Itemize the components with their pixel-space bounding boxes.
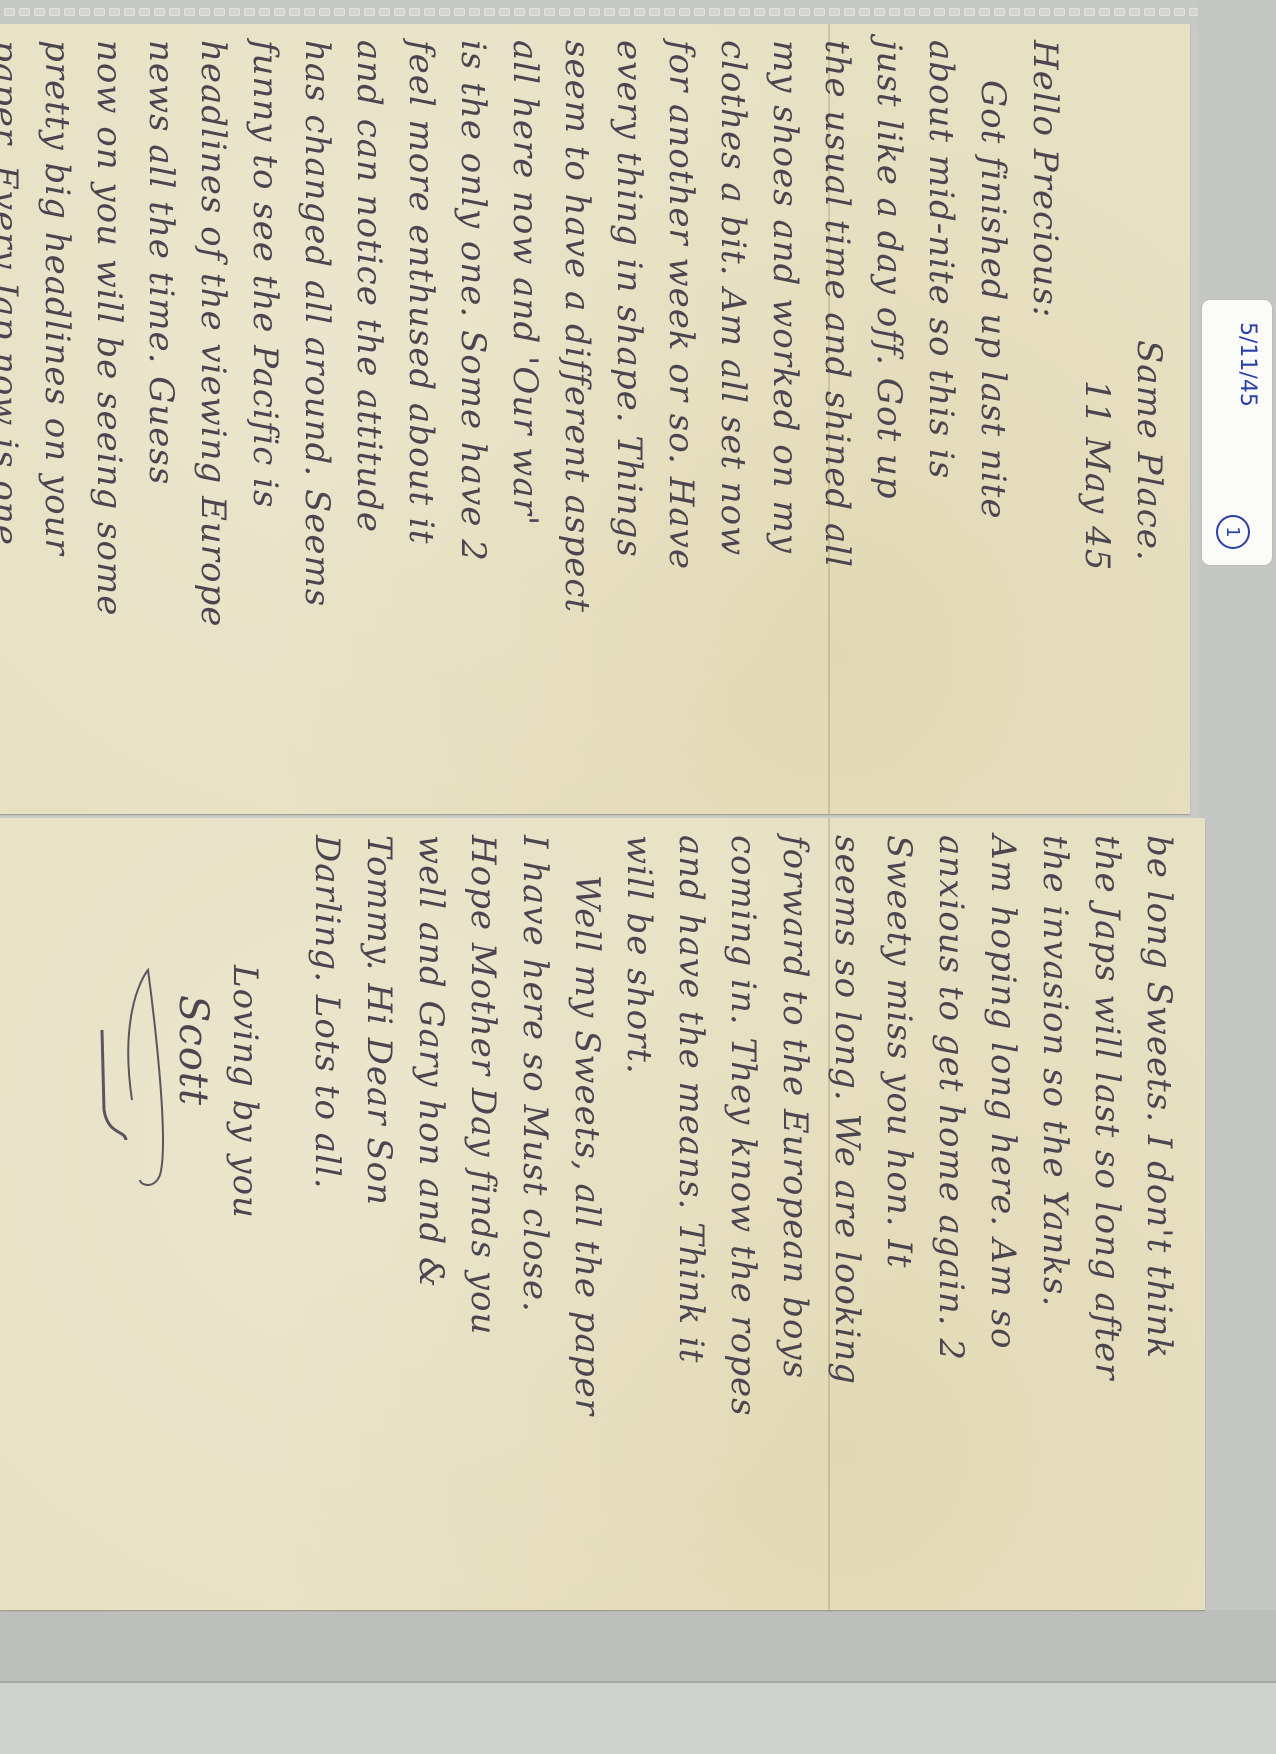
perforation-hole xyxy=(1069,8,1080,16)
letter-line: pretty big headlines on your xyxy=(31,40,83,627)
letter-line: forward to the European boys xyxy=(769,835,821,1417)
perforation-hole xyxy=(94,8,105,16)
letter-line: anxious to get home again. 2 xyxy=(925,835,977,1417)
perforation-hole xyxy=(454,8,465,16)
letter-line: the invasion so the Yanks. xyxy=(1029,835,1081,1417)
perforation-hole xyxy=(1144,8,1155,16)
letter-line: paper. Every Jap now is one xyxy=(0,40,31,627)
letter-line: I have here so Must close. xyxy=(509,835,561,1417)
letter-line: news all the time. Guess xyxy=(135,40,187,627)
perforation-hole xyxy=(1099,8,1110,16)
perforation-hole xyxy=(1009,8,1020,16)
perforation-hole xyxy=(4,8,15,16)
sheet-protector-top xyxy=(0,0,1276,26)
letter-line: be long Sweets. I don't think xyxy=(1133,835,1185,1417)
perforation-hole xyxy=(529,8,540,16)
letter-line: about mid-nite so this is xyxy=(915,40,967,627)
archive-label-date: 5/11/45 xyxy=(1235,322,1260,407)
perforation-hole xyxy=(139,8,150,16)
letter-line: every thing in shape. Things xyxy=(603,40,655,627)
perforation-hole xyxy=(514,8,525,16)
perforation-hole xyxy=(754,8,765,16)
letter-line: and can notice the attitude xyxy=(343,40,395,627)
perforation-hole xyxy=(994,8,1005,16)
perforation-hole xyxy=(949,8,960,16)
perforation-hole xyxy=(859,8,870,16)
binder-perforations xyxy=(4,8,1272,18)
perforation-hole xyxy=(304,8,315,16)
letter-line: my shoes and worked on my xyxy=(759,40,811,627)
letter-line: the usual time and shined all xyxy=(811,40,863,627)
perforation-hole xyxy=(1084,8,1095,16)
perforation-hole xyxy=(214,8,225,16)
letter-line: Sweety miss you hon. It xyxy=(873,835,925,1417)
perforation-hole xyxy=(424,8,435,16)
perforation-hole xyxy=(799,8,810,16)
letter-line: has changed all around. Seems xyxy=(291,40,343,627)
perforation-hole xyxy=(199,8,210,16)
perforation-hole xyxy=(1174,8,1185,16)
perforation-hole xyxy=(364,8,375,16)
perforation-hole xyxy=(334,8,345,16)
perforation-hole xyxy=(889,8,900,16)
letter-line: Got finished up last nite xyxy=(967,40,1019,627)
letter-line: coming in. They know the ropes xyxy=(717,835,769,1417)
perforation-hole xyxy=(1114,8,1125,16)
perforation-hole xyxy=(964,8,975,16)
letter-line: funny to see the Pacific is xyxy=(239,40,291,627)
perforation-hole xyxy=(49,8,60,16)
perforation-hole xyxy=(1039,8,1050,16)
letter-line: Darling. Lots to all. xyxy=(301,835,353,1417)
perforation-hole xyxy=(604,8,615,16)
perforation-hole xyxy=(319,8,330,16)
letter-line: feel more enthused about it xyxy=(395,40,447,627)
perforation-hole xyxy=(244,8,255,16)
header-place: Same Place. xyxy=(1129,340,1169,562)
letter-line: Well my Sweets, all the paper xyxy=(561,835,613,1417)
perforation-hole xyxy=(394,8,405,16)
perforation-hole xyxy=(439,8,450,16)
perforation-hole xyxy=(484,8,495,16)
sheet-protector-lower xyxy=(0,1683,1276,1754)
perforation-hole xyxy=(259,8,270,16)
letter-line: now on you will be seeing some xyxy=(83,40,135,627)
perforation-hole xyxy=(274,8,285,16)
perforation-hole xyxy=(79,8,90,16)
perforation-hole xyxy=(784,8,795,16)
signature-flourish-icon xyxy=(80,960,180,1260)
perforation-hole xyxy=(829,8,840,16)
sheet-protector-bottom xyxy=(0,1610,1276,1682)
letter-sheet-2-text: be long Sweets. I don't think the Japs w… xyxy=(167,835,1185,1417)
perforation-hole xyxy=(679,8,690,16)
perforation-hole xyxy=(844,8,855,16)
perforation-hole xyxy=(154,8,165,16)
perforation-hole xyxy=(34,8,45,16)
perforation-hole xyxy=(1054,8,1065,16)
perforation-hole xyxy=(409,8,420,16)
perforation-hole xyxy=(634,8,645,16)
perforation-hole xyxy=(1129,8,1140,16)
perforation-hole xyxy=(124,8,135,16)
perforation-hole xyxy=(64,8,75,16)
perforation-hole xyxy=(184,8,195,16)
perforation-hole xyxy=(349,8,360,16)
letter-line: seems so long. We are looking xyxy=(821,835,873,1417)
perforation-hole xyxy=(694,8,705,16)
perforation-hole xyxy=(229,8,240,16)
letter-line: headlines of the viewing Europe xyxy=(187,40,239,627)
letter-line: is the only one. Some have 2 xyxy=(447,40,499,627)
perforation-hole xyxy=(934,8,945,16)
perforation-hole xyxy=(664,8,675,16)
letter-line: Am hoping long here. Am so xyxy=(977,835,1029,1417)
letter-line: Hope Mother Day finds you xyxy=(457,835,509,1417)
perforation-hole xyxy=(919,8,930,16)
letter-date: 11 May 45 xyxy=(1071,40,1123,627)
letter-line: well and Gary hon and & xyxy=(405,835,457,1417)
letter-closing: Loving by you xyxy=(219,835,271,1417)
archive-label: 5/11/45 1 xyxy=(1202,300,1272,565)
perforation-hole xyxy=(544,8,555,16)
perforation-hole xyxy=(1159,8,1170,16)
perforation-hole xyxy=(769,8,780,16)
perforation-hole xyxy=(979,8,990,16)
perforation-hole xyxy=(379,8,390,16)
perforation-hole xyxy=(574,8,585,16)
spacer xyxy=(271,835,301,1417)
letter-line: and have the means. Think it xyxy=(665,835,717,1417)
perforation-hole xyxy=(499,8,510,16)
archive-label-page-number: 1 xyxy=(1216,515,1250,549)
letter-line: all here now and 'Our war' xyxy=(499,40,551,627)
letter-line: for another week or so. Have xyxy=(655,40,707,627)
perforation-hole xyxy=(559,8,570,16)
letter-sheet-1-text: Same Place. 11 May 45 Hello Precious: Go… xyxy=(0,40,1175,627)
perforation-hole xyxy=(724,8,735,16)
perforation-hole xyxy=(874,8,885,16)
perforation-hole xyxy=(289,8,300,16)
perforation-hole xyxy=(709,8,720,16)
letter-line: the Japs will last so long after xyxy=(1081,835,1133,1417)
letter-line: Hello Precious: xyxy=(1019,40,1071,627)
letter-header: Same Place. xyxy=(1123,40,1175,627)
letter-line: just like a day off. Got up xyxy=(863,40,915,627)
perforation-hole xyxy=(814,8,825,16)
letter-line: Tommy. Hi Dear Son xyxy=(353,835,405,1417)
perforation-hole xyxy=(169,8,180,16)
perforation-hole xyxy=(109,8,120,16)
perforation-hole xyxy=(619,8,630,16)
perforation-hole xyxy=(1024,8,1035,16)
letter-line: will be short. xyxy=(613,835,665,1417)
letter-line: seem to have a different aspect xyxy=(551,40,603,627)
sheet-protector-margin xyxy=(1198,0,1276,1700)
letter-line: clothes a bit. Am all set now xyxy=(707,40,759,627)
perforation-hole xyxy=(739,8,750,16)
perforation-hole xyxy=(904,8,915,16)
perforation-hole xyxy=(649,8,660,16)
perforation-hole xyxy=(589,8,600,16)
perforation-hole xyxy=(469,8,480,16)
perforation-hole xyxy=(19,8,30,16)
